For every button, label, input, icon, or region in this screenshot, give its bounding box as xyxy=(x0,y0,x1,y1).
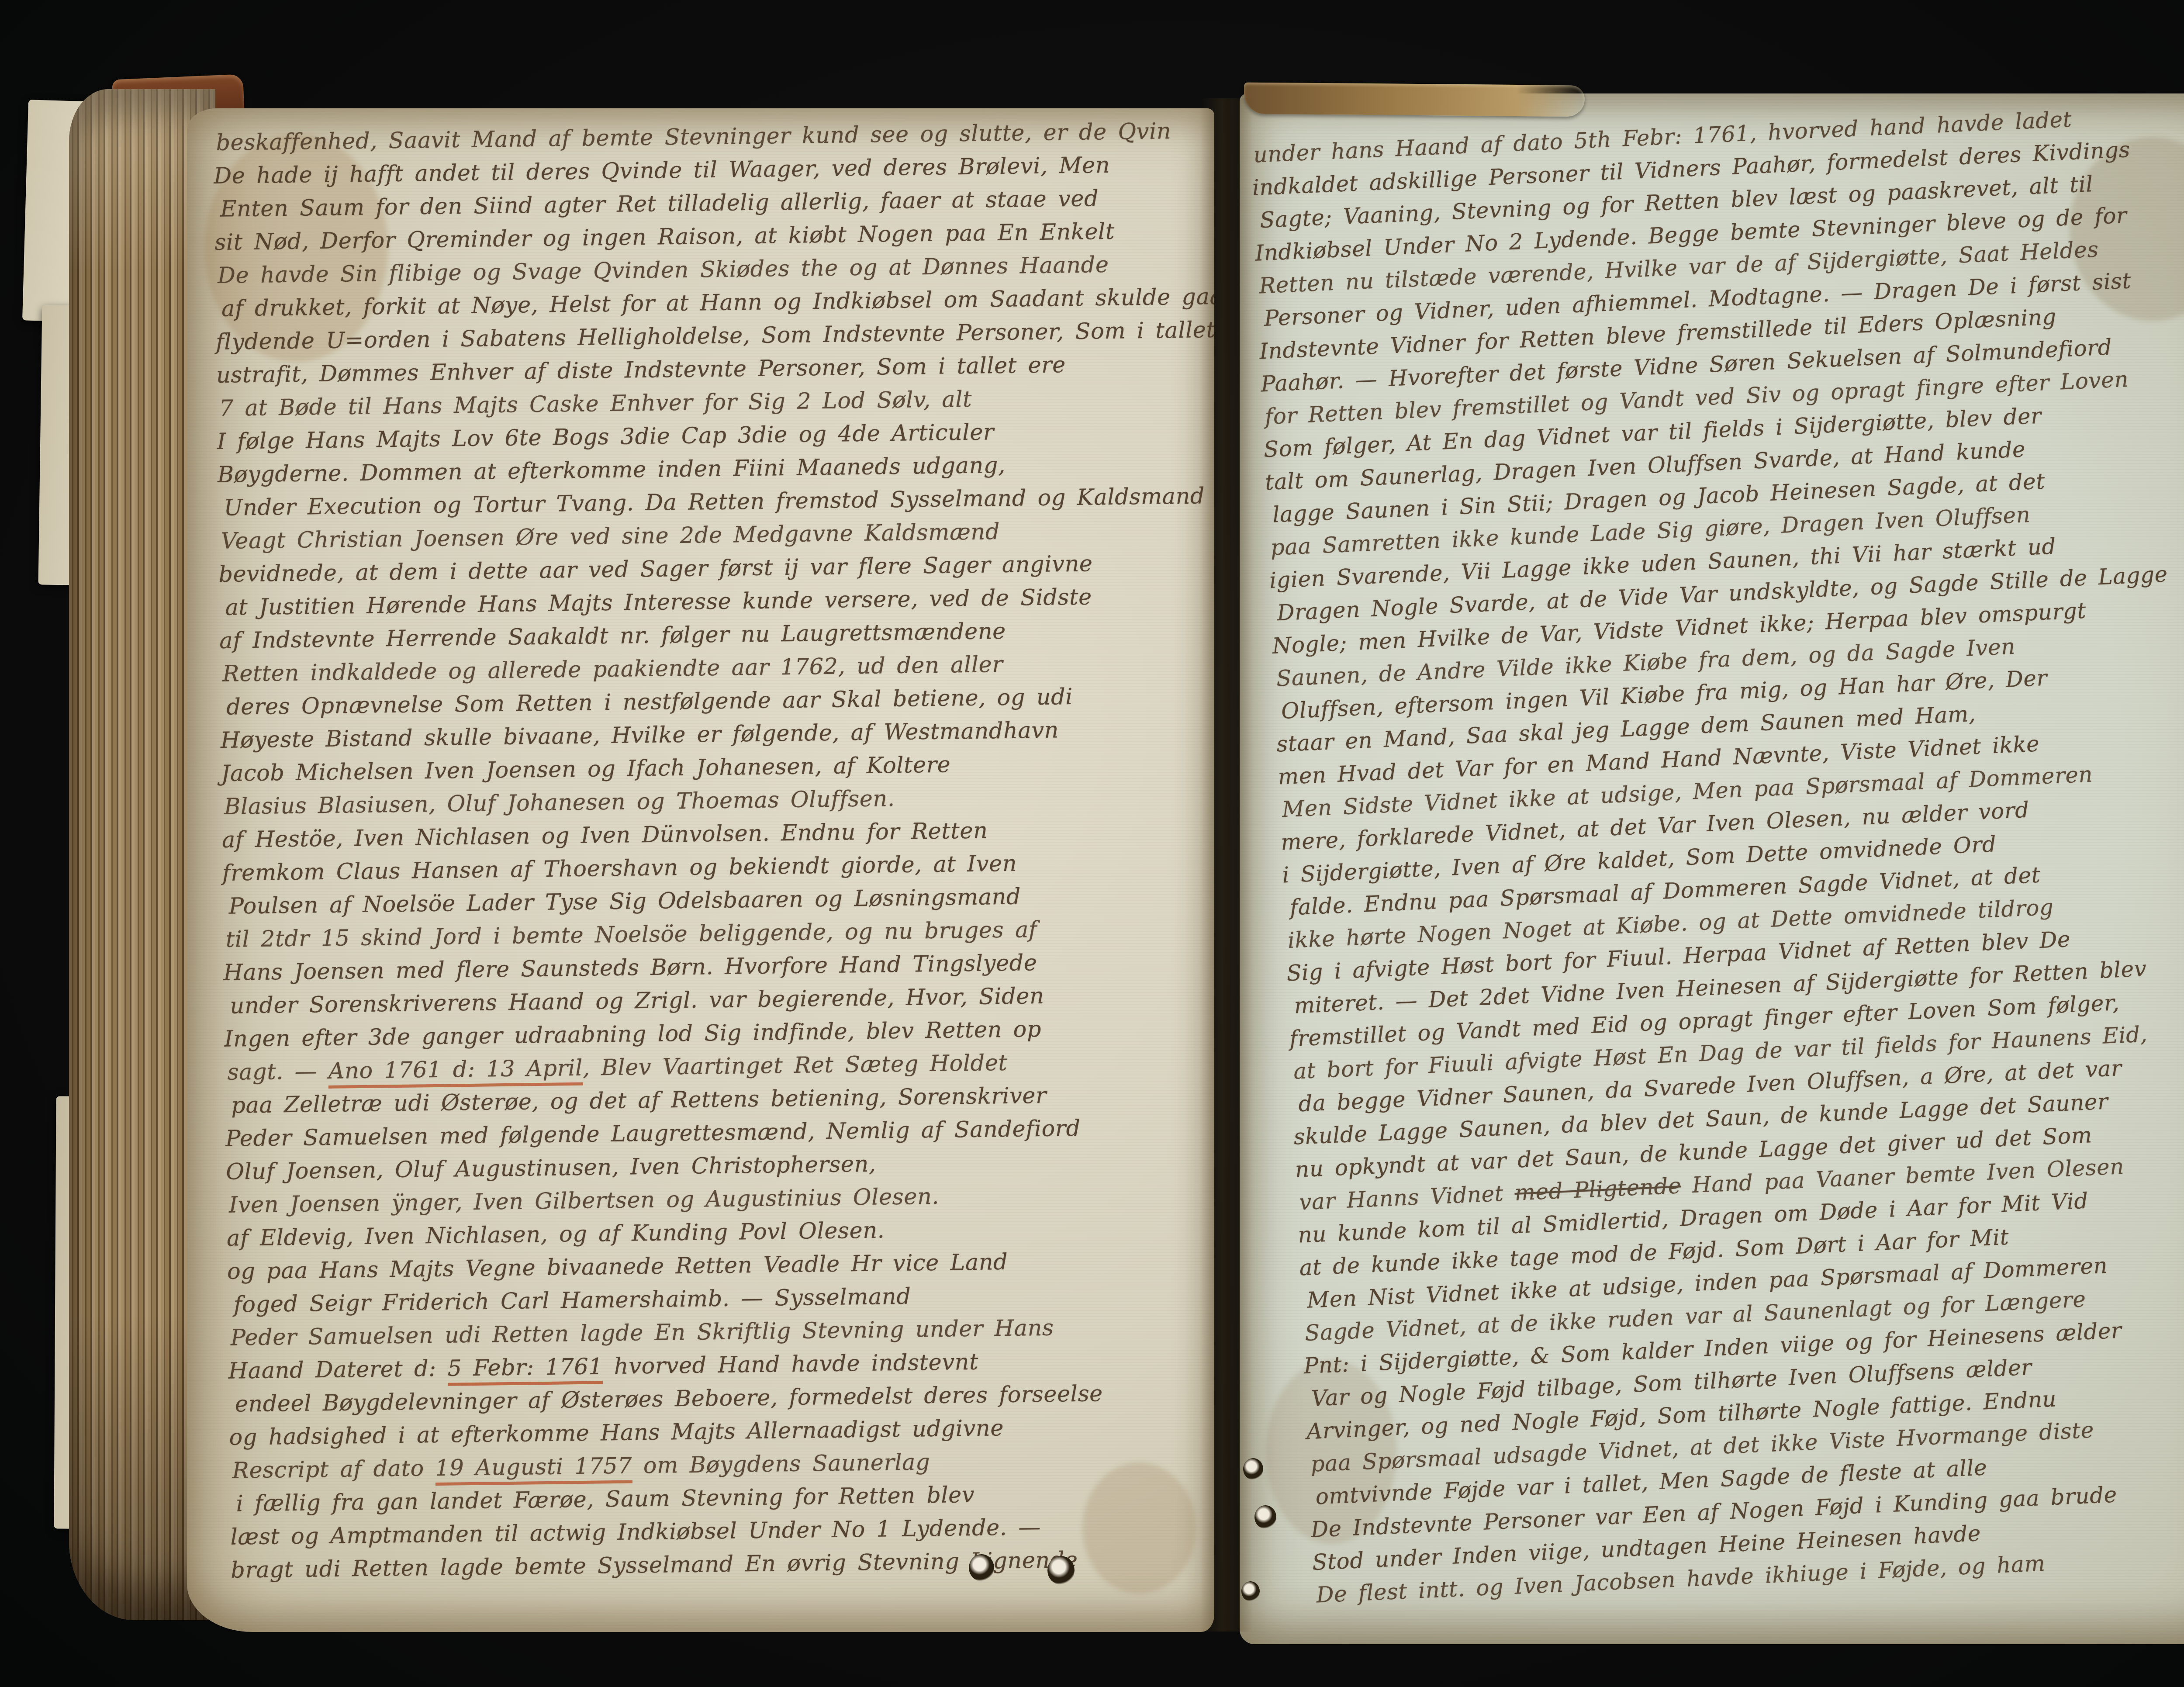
wormhole xyxy=(969,1554,994,1581)
torn-page-edge xyxy=(1244,83,1585,117)
red-underline-annotation: Ano 1761 d: 13 April xyxy=(328,1055,583,1089)
red-underline-annotation: 19 Augusti 1757 xyxy=(435,1453,632,1486)
right-page: under hans Haand af dato 5th Febr: 1761,… xyxy=(1240,93,2184,1644)
wormhole xyxy=(1243,1458,1263,1480)
wormhole xyxy=(1047,1556,1075,1585)
wormhole xyxy=(1241,1581,1260,1601)
wormhole xyxy=(1254,1505,1276,1529)
red-underline-annotation: 5 Febr: 1761 xyxy=(447,1354,603,1386)
left-page: beskaffenhed, Saavit Mand af bemte Stevn… xyxy=(187,108,1214,1632)
right-page-text: under hans Haand af dato 5th Febr: 1761,… xyxy=(1250,93,2184,1612)
photo-background: beskaffenhed, Saavit Mand af bemte Stevn… xyxy=(0,0,2184,1687)
strikethrough-annotation: med Pligtende xyxy=(1514,1173,1682,1206)
gutter-shadow xyxy=(1200,98,1253,1632)
left-page-text: beskaffenhed, Saavit Mand af bemte Stevn… xyxy=(213,114,1214,1587)
